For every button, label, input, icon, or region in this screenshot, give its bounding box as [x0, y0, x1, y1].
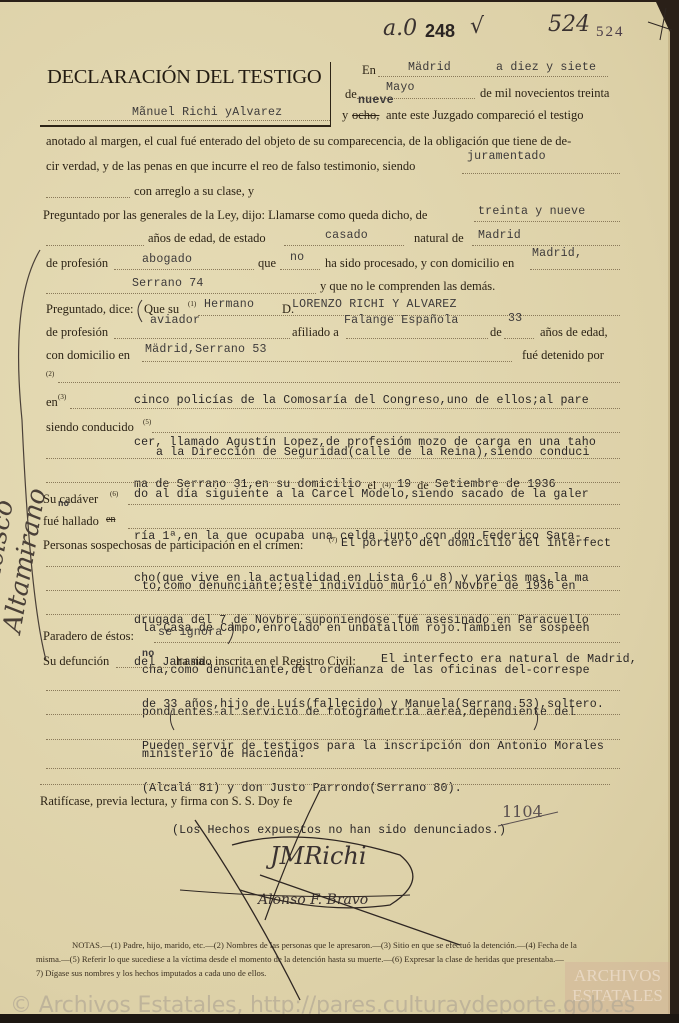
victim-age-line [504, 338, 534, 339]
struck-ocho: ocho, [352, 108, 379, 123]
paragraph-line-3: con arreglo a su clase, y [134, 184, 254, 199]
signature-richi: JMRichi [270, 842, 367, 870]
registro-text: de 33 años,hijo de Luís(fallecido) y Man… [142, 670, 604, 866]
profession: abogado [142, 253, 192, 266]
address-tail: y que no le comprenden las demás. [320, 279, 495, 294]
place-value: Mädrid [408, 61, 451, 74]
year-typed: nueve [358, 94, 394, 107]
paradero-value: se ignora [158, 626, 222, 639]
victim-age-label: años de edad, [540, 325, 608, 340]
scan-edge [0, 1014, 679, 1023]
label-y: y [342, 108, 348, 123]
victim-age: 33 [508, 312, 522, 325]
footnote-line-2: misma.—(5) Referir lo que sucediese a la… [36, 952, 636, 966]
generales-label: Preguntado por las generales de la Ley, … [43, 208, 427, 223]
hallado-struck: en [106, 514, 115, 525]
paper-corner [656, 2, 670, 32]
de-label: de [490, 325, 502, 340]
note-ref-1: (1) [188, 300, 196, 308]
cadaver-no: no [58, 499, 69, 509]
relation: Hermano [204, 298, 254, 311]
hallado-line [128, 528, 620, 529]
separator-line [40, 784, 610, 785]
birthplace-line [472, 245, 620, 246]
status-line [284, 245, 404, 246]
victim-profession-line [114, 338, 290, 339]
stamped-folio: 524 [596, 24, 625, 41]
oath-value: juramentado [467, 150, 546, 163]
footnote-line-1: NOTAS.—(1) Padre, hijo, marido, etc.—(2)… [36, 938, 636, 952]
label-en: En [362, 63, 376, 78]
paragraph-line-2: cir verdad, y de las penas en que incurr… [46, 159, 415, 174]
address-city: Madrid, [532, 247, 582, 260]
afiliado-label: afiliado a [292, 325, 339, 340]
registro-text-2: de 33 años,hijo de Luís(fallecido) y Man… [142, 698, 604, 712]
preguntado-label: Preguntado, dice: [46, 302, 133, 317]
paradero-line [154, 642, 620, 643]
handwritten-ref: a.0 [383, 16, 417, 41]
defuncion-label: Su defunción [43, 654, 109, 669]
logo-line-1: ARCHIVOS [565, 966, 670, 986]
affiliation-line [346, 338, 488, 339]
defuncion-line [116, 667, 172, 668]
note-ref-7: (7) [329, 536, 337, 544]
handwritten-number: 1104 [502, 802, 543, 821]
sospechosas-label: Personas sospechosas de participación en… [43, 538, 303, 553]
cadaver-line [128, 504, 620, 505]
address-street: Serrano 74 [132, 277, 204, 290]
oath-line [462, 173, 620, 174]
stamped-number: 248 [425, 21, 455, 42]
date-value: a diez y siete [496, 61, 596, 74]
label-de: de [345, 87, 357, 102]
date-line [378, 76, 608, 77]
handwritten-folio: 524 [548, 12, 590, 37]
street-line [46, 293, 316, 294]
processed-line [280, 269, 320, 270]
detenido-label: fué detenido por [522, 348, 604, 363]
document-page: a.0 248 √ 524 524 DECLARACIÓN DEL TESTIG… [0, 2, 670, 1014]
sospechosas-text-1: El portero del domicilio del interfect [341, 537, 611, 551]
check-mark-icon: √ [470, 14, 484, 39]
witness-name: Mãnuel Richi yAlvarez [132, 106, 282, 119]
victim-profession: aviador [150, 314, 200, 327]
blank-line [46, 197, 130, 198]
birthplace: Madrid [478, 229, 521, 242]
sospechosas-text-2: to,como denunciante;este individuo murió… [142, 580, 590, 594]
hallado-label: fué hallado [43, 514, 99, 529]
profession-label: de profesión [46, 256, 108, 271]
registro-label: ha sido inscrita en el Registro Civil: [176, 654, 356, 669]
marital-status: casado [325, 229, 368, 242]
que-label: que [258, 256, 276, 271]
processed: no [290, 251, 304, 264]
age-value: treinta y nueve [478, 205, 585, 218]
paradero-label: Paradero de éstos: [43, 629, 134, 644]
age-label: años de edad, de estado [148, 231, 266, 246]
victim-profession-label: de profesión [46, 325, 108, 340]
detenido-text-1: cinco policías de la Comosaría del Congr… [134, 394, 596, 408]
page-title: DECLARACIÓN DEL TESTIGO [47, 66, 321, 89]
ratificase-text: Ratifícase, previa lectura, y firma con … [40, 794, 292, 809]
registro-text-5: (Los Hechos expuestos no han sido denunc… [172, 824, 604, 838]
paragraph-line-1: anotado al margen, el cual fué enterado … [46, 134, 571, 149]
age-line-2 [46, 245, 144, 246]
month-value: Mayo [386, 81, 415, 94]
natural-label: natural de [414, 231, 464, 246]
conducido-text-1: a la Dirección de Seguridad(calle de la … [156, 446, 590, 460]
victim-address: Mädrid,Serrano 53 [145, 343, 267, 356]
age-line [474, 221, 620, 222]
defuncion-value: no [142, 649, 154, 660]
footnote-line-3: 7) Dígase sus nombres y los hechos imput… [36, 966, 636, 980]
note-ref-6: (6) [110, 490, 118, 498]
conducido-text-2: do al día siguiente a la Carcel Modelo,s… [134, 488, 590, 502]
registro-text-3: Pueden servir de testigos para la inscri… [142, 740, 604, 754]
label-juzgado: ante este Juzgado compareció el testigo [386, 108, 584, 123]
processed-label: ha sido procesado, y con domicilio en [325, 256, 514, 271]
victim-address-line [142, 361, 512, 362]
profession-line [114, 269, 254, 270]
signature-bravo: Alonso F. Bravo [258, 892, 368, 908]
affiliation: Falange Española [344, 314, 459, 327]
victim-name: LORENZO RICHI Y ALVAREZ [292, 298, 457, 311]
label-mil: de mil novecientos treinta [480, 86, 609, 101]
domicilio-label: con domicilio en [46, 348, 130, 363]
address-line [530, 269, 620, 270]
footnotes: NOTAS.—(1) Padre, hijo, marido, etc.—(2)… [36, 938, 636, 980]
witness-name-line [48, 120, 330, 121]
registro-text-1: El interfecto era natural de Madrid, [381, 653, 637, 667]
